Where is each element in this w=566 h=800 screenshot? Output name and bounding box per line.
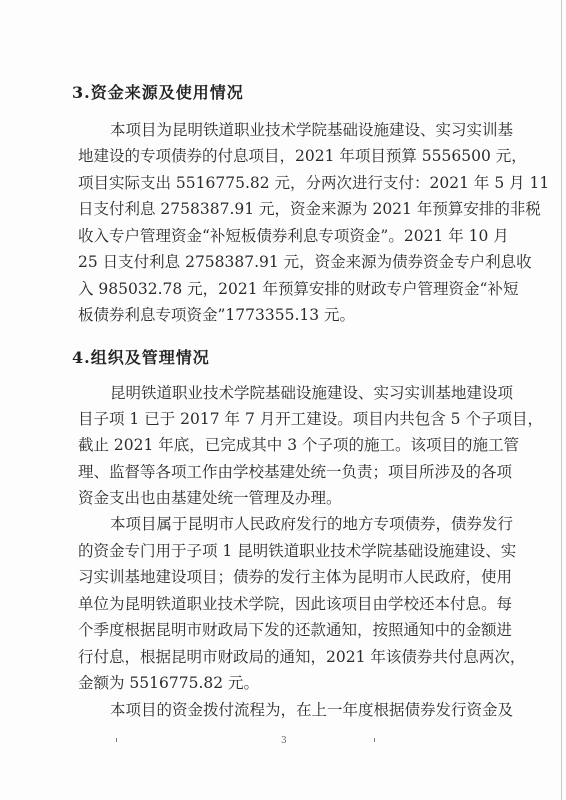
text-line: 截止 2021 年底，已完成其中 3 个子项的施工。该项目的施工管 (78, 435, 494, 455)
scan-mark (374, 738, 375, 742)
text-line: 习实训基地建设项目；债券的发行主体为昆明市人民政府，使用 (78, 567, 494, 587)
text-line: 个季度根据昆明市财政局下发的还款通知，按照通知中的金额进 (78, 620, 494, 640)
text-line: 单位为昆明铁道职业技术学院，因此该项目由学校还本付息。每 (78, 594, 494, 614)
text-line: 理、监督等各项工作由学校基建处统一负责；项目所涉及的各项 (78, 462, 494, 482)
text-line: 目子项 1 已于 2017 年 7 月开工建设。项目内共包含 5 个子项目， (78, 409, 494, 429)
text-line: 的资金专门用于子项 1 昆明铁道职业技术学院基础设施建设、实 (78, 541, 494, 561)
text-line: 行付息，根据昆明市财政局的通知，2021 年该债券共付息两次， (78, 647, 494, 667)
text-line: 本项目属于昆明市人民政府发行的地方专项债券，债券发行 (110, 514, 494, 534)
section-heading-funding: 3.资金来源及使用情况 (72, 80, 244, 103)
text-line: 收入专户管理资金“补短板债券利息专项资金”。2021 年 10 月 (78, 226, 494, 246)
page-number: 3 (281, 736, 287, 746)
text-line: 本项目的资金拨付流程为，在上一年度根据债券发行资金及 (110, 700, 494, 720)
text-line: 昆明铁道职业技术学院基础设施建设、实习实训基地建设项 (110, 383, 494, 403)
text-line: 地建设的专项债券的付息项目，2021 年项目预算 5556500 元， (78, 146, 494, 166)
text-line: 板债券利息专项资金”1773355.13 元。 (78, 305, 494, 325)
scan-mark (116, 738, 117, 742)
section-heading-management: 4.组织及管理情况 (72, 345, 210, 368)
text-line: 金额为 5516775.82 元。 (78, 673, 494, 693)
text-line: 本项目为昆明铁道职业技术学院基础设施建设、实习实训基 (110, 120, 494, 140)
text-line: 日支付利息 2758387.91 元，资金来源为 2021 年预算安排的非税 (78, 199, 494, 219)
text-line: 资金支出也由基建处统一管理及办理。 (78, 488, 494, 508)
text-line: 25 日支付利息 2758387.91 元，资金来源为债券资金专户利息收 (78, 252, 494, 272)
document-page: 3.资金来源及使用情况 本项目为昆明铁道职业技术学院基础设施建设、实习实训基 地… (0, 0, 566, 800)
page-edge-divider (561, 0, 562, 800)
text-line: 入 985032.78 元，2021 年预算安排的财政专户管理资金“补短 (78, 279, 494, 299)
text-line: 项目实际支出 5516775.82 元，分两次进行支付：2021 年 5 月 1… (78, 173, 494, 193)
